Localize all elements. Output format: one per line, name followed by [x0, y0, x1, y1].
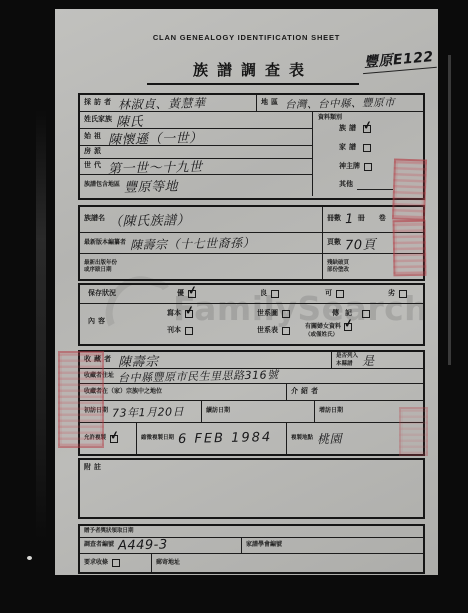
condition-content-table: 保存狀況 優 良 可 劣 內容 — [78, 283, 425, 346]
condition-poor-checkbox — [399, 290, 407, 298]
row-preservation: 保存狀況 優 良 可 劣 — [80, 285, 423, 304]
holder-cell: 收藏者 陳壽宗 — [80, 352, 332, 368]
category-other-blank — [357, 181, 393, 190]
clan-position-cell: 收藏者在（家）宗族中之地位 — [80, 384, 287, 400]
category-ancestral-tablet-checkbox — [364, 163, 372, 171]
compiler-label: 最新版本編纂者 — [84, 240, 126, 247]
introducer-label: 介紹者 — [291, 388, 321, 396]
listed-label-line2: 本縣譜 — [336, 361, 358, 367]
generations-label: 世代 — [84, 162, 104, 170]
ancestry-fields: 姓氏家族 陳氏 始祖 陳懷遜（一世） 房派 — [80, 112, 313, 196]
category-item: 神主牌 — [339, 163, 372, 171]
content-women-data-note: （或僅姓氏） — [305, 332, 338, 338]
surveyor-number-cell: 調查者編號 A449-3 — [80, 538, 242, 553]
category-family-genealogy-label: 家譜 — [339, 144, 359, 152]
holder-visit-table: 收藏者 陳壽宗 是否列入 本縣譜 是 收藏者住址 台中縣豐原市民生里思路316號 — [78, 350, 425, 456]
copy-permission-checkbox — [110, 435, 118, 443]
listed-value: 是 — [362, 351, 375, 368]
content-pedigree-chart-checkbox — [282, 310, 290, 318]
surname-label: 姓氏家族 — [84, 116, 112, 124]
interviewer-cell: 採訪者 林淑貞、黃慧華 — [80, 95, 257, 111]
listed-cell: 是否列入 本縣譜 是 — [332, 352, 423, 368]
row-genealogy-title: 族譜名 （陳氏族譜） — [80, 207, 322, 233]
scan-artifact-streak — [36, 110, 46, 540]
society-number-cell: 家譜學會編號 — [242, 538, 423, 553]
category-item: 族譜 — [339, 125, 371, 133]
row-clan-position: 收藏者在（家）宗族中之地位 介紹者 — [80, 384, 423, 401]
content-pedigree-table-label: 世系表 — [257, 327, 278, 335]
condition-good-label: 良 — [260, 290, 267, 298]
content-women-data-checkbox — [344, 323, 352, 331]
scan-artifact-streak — [448, 55, 451, 365]
row-compiler: 最新版本編纂者 陳壽宗（十七世裔孫） — [80, 233, 322, 254]
surveyor-number-label: 調查者編號 — [84, 542, 114, 549]
content-pedigree-chart-label: 世系圖 — [257, 310, 278, 318]
content-women-data-label: 有關婦女資料 — [305, 324, 341, 331]
content-printed-label: 刊本 — [167, 327, 181, 335]
volume-unit-label: 冊 — [358, 215, 365, 223]
form-title: 族譜調查表 — [147, 59, 359, 85]
row-generations: 世代 第一世～十九世 — [80, 159, 312, 175]
region-label: 地區 — [261, 99, 281, 107]
condition-poor: 劣 — [388, 290, 407, 298]
red-stamp — [392, 158, 427, 220]
category-other: 其他 — [339, 181, 393, 190]
genealogy-title-value: （陳氏族譜） — [109, 209, 190, 230]
condition-note-line1: 殘缺破頁 — [327, 260, 349, 266]
condition-fair: 可 — [325, 290, 344, 298]
condition-good-checkbox — [271, 290, 279, 298]
film-date-value: 6 FEB 1984 — [178, 430, 273, 447]
publication-date-label-line1: 最新出版年份 — [84, 260, 117, 266]
content-printed-checkbox — [185, 327, 193, 335]
row-receipt: 要求收條 郵寄地址 — [80, 554, 423, 572]
row-holder-address: 收藏者住址 台中縣豐原市民生里思路316號 — [80, 369, 423, 384]
category-family-genealogy-checkbox — [363, 144, 371, 152]
remarks-label: 附註 — [84, 464, 104, 472]
first-ancestor-label: 始祖 — [84, 133, 104, 141]
generations-value: 第一世～十九世 — [108, 156, 203, 177]
preservation-label: 保存狀況 — [88, 290, 116, 298]
covered-areas-label: 族譜包含地區 — [84, 182, 120, 189]
holder-address-value: 台中縣豐原市民生里思路316號 — [118, 366, 279, 385]
row-first-ancestor: 始祖 陳懷遜（一世） — [80, 129, 312, 146]
handwritten-archive-code: 豐原E122 — [361, 46, 436, 74]
receipt-request-checkbox — [112, 559, 120, 567]
covered-areas-value: 豐原等地 — [124, 175, 178, 195]
red-stamp — [393, 220, 427, 277]
identification-table: 採訪者 林淑貞、黃慧華 地區 台灣、台中縣、豐原市 姓氏家族 陳氏 — [78, 93, 425, 200]
title-volume-table: 族譜名 （陳氏族譜） 最新版本編纂者 陳壽宗（十七世裔孫） 最新出版年份 或序跋… — [78, 205, 425, 281]
english-form-title: CLAN GENEALOGY IDENTIFICATION SHEET — [55, 33, 438, 42]
red-stamp — [399, 407, 428, 456]
category-item: 家譜 — [339, 144, 371, 152]
compiler-value: 陳壽宗（十七世裔孫） — [130, 233, 255, 253]
scan-artifact-speck — [27, 556, 32, 560]
genealogy-title-label: 族譜名 — [84, 215, 105, 223]
content-pedigree-table: 世系表 — [257, 327, 290, 335]
first-visit-value: 73年1月20日 — [112, 403, 184, 421]
third-visit-label: 增訪日期 — [319, 408, 343, 415]
row-publication-date: 最新出版年份 或序跋日期 — [80, 254, 322, 279]
microfilm-scan: CLAN GENEALOGY IDENTIFICATION SHEET 族譜調查… — [0, 0, 468, 613]
category-other-label: 其他 — [339, 181, 353, 189]
condition-excellent-label: 優 — [177, 290, 184, 298]
condition-excellent-checkbox — [188, 290, 196, 298]
page-count-value: 70頁 — [345, 233, 376, 253]
listed-label-line1: 是否列入 — [336, 353, 358, 359]
copy-place-value: 桃園 — [317, 430, 342, 448]
red-stamp — [58, 351, 104, 448]
region-cell: 地區 台灣、台中縣、豐原市 — [257, 95, 423, 111]
condition-excellent: 優 — [177, 290, 196, 298]
condition-fair-checkbox — [336, 290, 344, 298]
content-biography-checkbox — [362, 310, 370, 318]
region-value: 台灣、台中縣、豐原市 — [285, 94, 395, 111]
receipt-request-label: 要求收條 — [84, 560, 108, 567]
row-interviewer-region: 採訪者 林淑貞、黃慧華 地區 台灣、台中縣、豐原市 — [80, 95, 423, 112]
row-content: 內容 寫本 世系圖 傳記 刊本 世系表 — [80, 304, 423, 342]
copy-place-label: 複製地點 — [291, 435, 313, 441]
content-manuscript-checkbox — [185, 310, 193, 318]
row-numbers: 調查者編號 A449-3 家譜學會編號 — [80, 538, 423, 554]
content-label: 內容 — [88, 318, 108, 326]
society-number-label: 家譜學會編號 — [246, 542, 282, 549]
content-pedigree-chart: 世系圖 — [257, 310, 290, 318]
content-women-data: 有關婦女資料 （或僅姓氏） — [305, 323, 352, 338]
row-filming: 允許複製 縮微複製日期 6 FEB 1984 複製地點 桃園 — [80, 423, 423, 454]
row-award-date: 贈予者獎狀領取日期 — [80, 526, 423, 538]
surname-value: 陳氏 — [116, 110, 143, 130]
row-covered-areas: 族譜包含地區 豐原等地 — [80, 175, 312, 196]
holder-value: 陳壽宗 — [118, 350, 159, 370]
film-date-cell: 縮微複製日期 6 FEB 1984 — [137, 423, 287, 454]
condition-good: 良 — [260, 290, 279, 298]
surveyor-number-value: A449-3 — [118, 537, 168, 553]
remarks-table: 附註 — [78, 458, 425, 519]
category-ancestral-tablet-label: 神主牌 — [339, 163, 360, 171]
content-pedigree-table-checkbox — [282, 327, 290, 335]
category-clan-genealogy-checkbox — [363, 125, 371, 133]
scroll-unit-label: 卷 — [379, 215, 386, 223]
office-use-table: 贈予者獎狀領取日期 調查者編號 A449-3 家譜學會編號 要求收條 — [78, 524, 425, 574]
second-visit-label: 續訪日期 — [206, 408, 230, 415]
receipt-request-cell: 要求收條 — [80, 554, 152, 572]
interviewer-label: 採訪者 — [84, 99, 114, 107]
condition-fair-label: 可 — [325, 290, 332, 298]
volume-count-label: 冊數 — [327, 215, 341, 223]
mailing-address-label: 郵寄地址 — [156, 560, 180, 567]
record-category-label: 資料類別 — [318, 115, 342, 122]
remarks-cell: 附註 — [80, 460, 423, 517]
branch-label: 房派 — [84, 148, 104, 156]
content-manuscript-label: 寫本 — [167, 310, 181, 318]
genealogy-form-page: CLAN GENEALOGY IDENTIFICATION SHEET 族譜調查… — [55, 9, 438, 575]
content-printed: 刊本 — [167, 327, 193, 335]
introducer-cell: 介紹者 — [287, 384, 423, 400]
content-manuscript: 寫本 — [167, 310, 193, 318]
volume-count-value: 1 — [345, 212, 354, 227]
category-clan-genealogy-label: 族譜 — [339, 125, 359, 133]
first-ancestor-value: 陳懷遜（一世） — [108, 127, 203, 148]
page-count-label: 頁數 — [327, 239, 341, 247]
interviewer-value: 林淑貞、黃慧華 — [118, 94, 206, 113]
film-date-label: 縮微複製日期 — [141, 435, 174, 441]
award-date-label: 贈予者獎狀領取日期 — [84, 528, 134, 534]
mailing-address-cell: 郵寄地址 — [152, 554, 423, 572]
publication-date-label-line2: 或序跋日期 — [84, 267, 117, 273]
second-visit-cell: 續訪日期 — [202, 401, 315, 422]
condition-note-line2: 部份塗改 — [327, 267, 349, 273]
row-visit-dates: 初訪日期 73年1月20日 續訪日期 增訪日期 — [80, 401, 423, 423]
condition-poor-label: 劣 — [388, 290, 395, 298]
